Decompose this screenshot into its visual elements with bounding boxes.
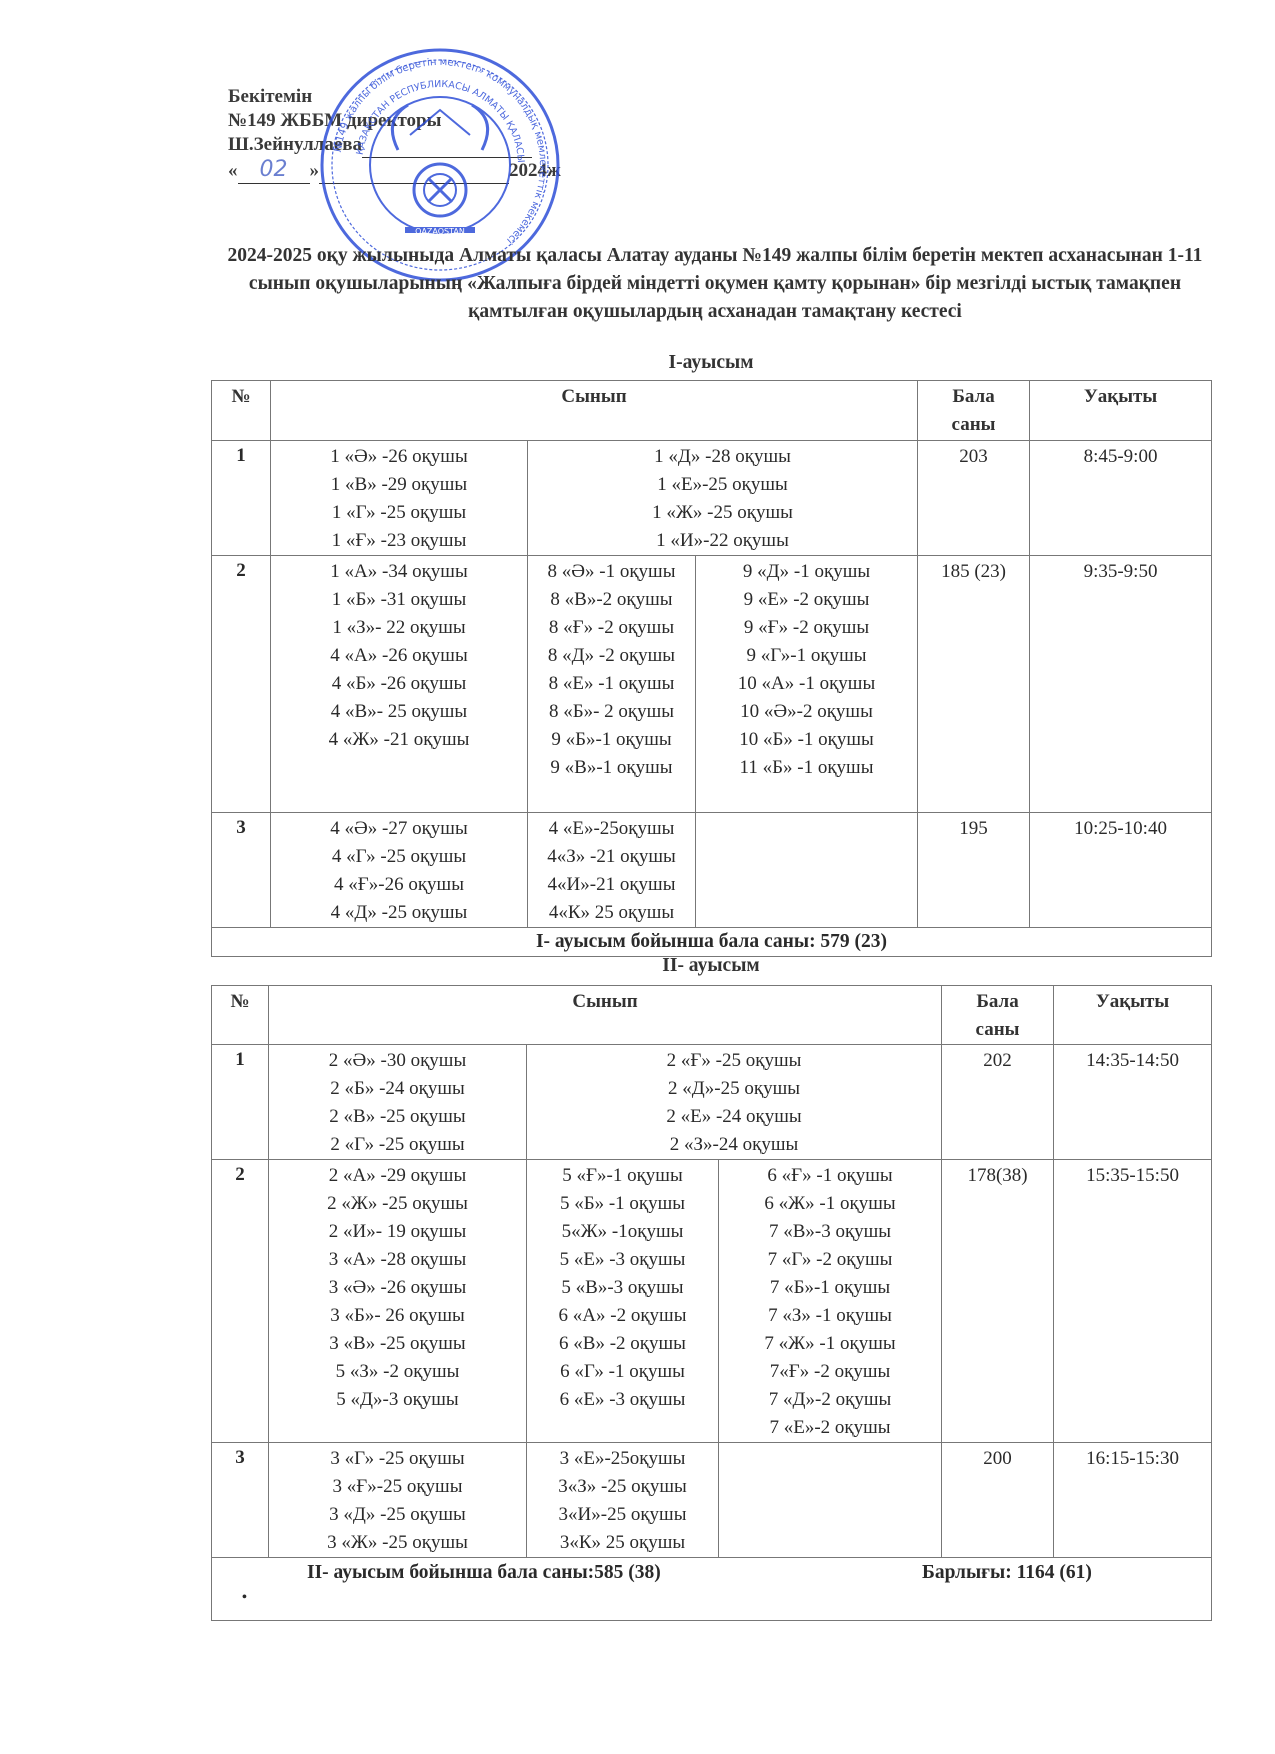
class-column-a: 2 «Ә» -30 оқушы2 «Б» -24 оқушы2 «В» -25 …	[269, 1045, 527, 1160]
table-header-row: № Сынып Баласаны Уақыты	[212, 986, 1212, 1045]
approval-director-position: №149 ЖББМ директоры	[228, 109, 561, 133]
row-number: 2	[212, 556, 271, 813]
class-entry: 5 «Д»-3 оқушы	[269, 1386, 526, 1414]
date-close-quote: »	[310, 160, 320, 181]
class-entry: 8 «Ғ» -2 оқушы	[528, 614, 695, 642]
class-column-c	[719, 1443, 942, 1558]
class-entry: 8 «Ә» -1 оқушы	[528, 558, 695, 586]
row-number: 1	[212, 1045, 269, 1160]
stamp-emblem-label: QAZAQSTAN	[415, 227, 465, 236]
class-entry: 1 «Ғ» -23 оқушы	[271, 527, 527, 555]
student-count: 185 (23)	[918, 556, 1030, 813]
table-row: 22 «А» -29 оқушы2 «Ж» -25 оқушы2 «И»- 19…	[212, 1160, 1212, 1443]
header-class: Сынып	[269, 986, 942, 1045]
class-entry: 3 «Б»- 26 оқушы	[269, 1302, 526, 1330]
class-entry: 4 «Ә» -27 оқушы	[271, 815, 527, 843]
document-title: 2024-2025 оқу жылыныда Алматы қаласы Ала…	[220, 242, 1210, 326]
approval-date-line: «02» 2024ж	[228, 158, 561, 184]
header-num: №	[212, 986, 269, 1045]
class-entry: 1 «Г» -25 оқушы	[271, 499, 527, 527]
class-entry: 7 «В»-3 оқушы	[719, 1218, 941, 1246]
approval-block: Бекітемін №149 ЖББМ директоры Ш.Зейнулла…	[228, 85, 561, 184]
class-entry: 2 «З»-24 оқушы	[527, 1131, 941, 1159]
class-entry: 5 «З» -2 оқушы	[269, 1358, 526, 1386]
class-column-b: 3 «Е»-25оқушы3«З» -25 оқушы3«И»-25 оқушы…	[527, 1443, 719, 1558]
meal-time: 8:45-9:00	[1030, 441, 1212, 556]
class-entry: 1 «А» -34 оқушы	[271, 558, 527, 586]
class-entry: 2 «Б» -24 оқушы	[269, 1075, 526, 1103]
class-entry: 2 «Ә» -30 оқушы	[269, 1047, 526, 1075]
shift2-summary: II- ауысым бойынша бала саны:585 (38)	[307, 1562, 661, 1584]
class-column-bc: 1 «Д» -28 оқушы1 «Е»-25 оқушы1 «Ж» -25 о…	[528, 441, 918, 556]
class-entry: 10 «Б» -1 оқушы	[696, 726, 917, 754]
class-entry: 5«Ж» -1оқушы	[527, 1218, 718, 1246]
class-entry: 5 «Ғ»-1 оқушы	[527, 1162, 718, 1190]
class-column-a: 4 «Ә» -27 оқушы4 «Г» -25 оқушы4 «Ғ»-26 о…	[271, 813, 528, 928]
header-count-line2: саны	[942, 1016, 1053, 1044]
class-entry: 11 «Б» -1 оқушы	[696, 754, 917, 782]
class-entry: 4 «Д» -25 оқушы	[271, 899, 527, 927]
class-entry: 4 «Б» -26 оқушы	[271, 670, 527, 698]
class-entry: 2 «Ғ» -25 оқушы	[527, 1047, 941, 1075]
meal-time: 14:35-14:50	[1054, 1045, 1212, 1160]
date-day-field: 02	[238, 158, 310, 184]
class-entry: 6 «Ғ» -1 оқушы	[719, 1162, 941, 1190]
class-entry: 4«И»-21 оқушы	[528, 871, 695, 899]
class-entry: 9 «Е» -2 оқушы	[696, 586, 917, 614]
header-time: Уақыты	[1030, 381, 1212, 441]
class-column-c	[696, 813, 918, 928]
header-count: Баласаны	[942, 986, 1054, 1045]
class-entry: 8 «Б»- 2 оқушы	[528, 698, 695, 726]
class-column-b: 8 «Ә» -1 оқушы8 «В»-2 оқушы8 «Ғ» -2 оқуш…	[528, 556, 696, 813]
class-entry: 10 «А» -1 оқушы	[696, 670, 917, 698]
meal-time: 16:15-15:30	[1054, 1443, 1212, 1558]
class-column-bc: 2 «Ғ» -25 оқушы2 «Д»-25 оқушы2 «Е» -24 о…	[527, 1045, 942, 1160]
approval-title: Бекітемін	[228, 85, 561, 109]
class-entry: 2 «И»- 19 оқушы	[269, 1218, 526, 1246]
meal-time: 9:35-9:50	[1030, 556, 1212, 813]
class-entry: 6 «В» -2 оқушы	[527, 1330, 718, 1358]
class-entry: 4 «Ж» -21 оқушы	[271, 726, 527, 754]
student-count: 195	[918, 813, 1030, 928]
class-entry: 5 «Е» -3 оқушы	[527, 1246, 718, 1274]
class-entry: 1 «З»- 22 оқушы	[271, 614, 527, 642]
class-entry: 7 «Д»-2 оқушы	[719, 1386, 941, 1414]
class-entry: 6 «Г» -1 оқушы	[527, 1358, 718, 1386]
class-entry: 3 «А» -28 оқушы	[269, 1246, 526, 1274]
class-column-b: 5 «Ғ»-1 оқушы5 «Б» -1 оқушы5«Ж» -1оқушы5…	[527, 1160, 719, 1443]
class-entry: 1 «Ж» -25 оқушы	[528, 499, 917, 527]
class-entry: 1 «Д» -28 оқушы	[528, 443, 917, 471]
header-num: №	[212, 381, 271, 441]
class-entry: 2 «Д»-25 оқушы	[527, 1075, 941, 1103]
class-entry: 4 «В»- 25 оқушы	[271, 698, 527, 726]
class-entry: 1 «В» -29 оқушы	[271, 471, 527, 499]
grand-total: Барлығы: 1164 (61)	[922, 1562, 1092, 1584]
student-count: 178(38)	[942, 1160, 1054, 1443]
shift1-summary: I- ауысым бойынша бала саны: 579 (23)	[212, 928, 1212, 957]
class-entry: 6 «Е» -3 оқушы	[527, 1386, 718, 1414]
class-entry: 9 «Г»-1 оқушы	[696, 642, 917, 670]
class-entry: 10 «Ә»-2 оқушы	[696, 698, 917, 726]
table-row: 34 «Ә» -27 оқушы4 «Г» -25 оқушы4 «Ғ»-26 …	[212, 813, 1212, 928]
class-entry: 4 «Г» -25 оқушы	[271, 843, 527, 871]
row-number: 1	[212, 441, 271, 556]
class-column-c: 6 «Ғ» -1 оқушы6 «Ж» -1 оқушы7 «В»-3 оқуш…	[719, 1160, 942, 1443]
class-column-a: 1 «Ә» -26 оқушы1 «В» -29 оқушы1 «Г» -25 …	[271, 441, 528, 556]
class-column-a: 1 «А» -34 оқушы1 «Б» -31 оқушы1 «З»- 22 …	[271, 556, 528, 813]
class-entry: 3«З» -25 оқушы	[527, 1473, 718, 1501]
table-header-row: № Сынып Баласаны Уақыты	[212, 381, 1212, 441]
student-count: 202	[942, 1045, 1054, 1160]
class-entry: 4 «А» -26 оқушы	[271, 642, 527, 670]
class-entry: 3«И»-25 оқушы	[527, 1501, 718, 1529]
class-entry: 7 «Б»-1 оқушы	[719, 1274, 941, 1302]
approval-director-name: Ш.Зейнуллаева	[228, 134, 362, 155]
class-entry: 1 «Б» -31 оқушы	[271, 586, 527, 614]
class-entry: 4«З» -21 оқушы	[528, 843, 695, 871]
class-entry: 8 «В»-2 оқушы	[528, 586, 695, 614]
table-row: 12 «Ә» -30 оқушы2 «Б» -24 оқушы2 «В» -25…	[212, 1045, 1212, 1160]
date-open-quote: «	[228, 160, 238, 181]
approval-director-name-line: Ш.Зейнуллаева	[228, 133, 561, 158]
table-row: 21 «А» -34 оқушы1 «Б» -31 оқушы1 «З»- 22…	[212, 556, 1212, 813]
class-entry: 7«Ғ» -2 оқушы	[719, 1358, 941, 1386]
class-entry: 2 «Е» -24 оқушы	[527, 1103, 941, 1131]
header-time: Уақыты	[1054, 986, 1212, 1045]
signature-line	[362, 133, 532, 158]
student-count: 200	[942, 1443, 1054, 1558]
class-entry: 2 «В» -25 оқушы	[269, 1103, 526, 1131]
class-entry: 6 «Ж» -1 оқушы	[719, 1190, 941, 1218]
row-number: 3	[212, 813, 271, 928]
shift2-summary-cell: II- ауысым бойынша бала саны:585 (38) Ба…	[212, 1558, 1212, 1621]
header-count: Баласаны	[918, 381, 1030, 441]
student-count: 203	[918, 441, 1030, 556]
class-column-b: 4 «Е»-25оқушы4«З» -21 оқушы4«И»-21 оқушы…	[528, 813, 696, 928]
header-count-line2: саны	[918, 411, 1029, 439]
class-entry: 3 «Ә» -26 оқушы	[269, 1274, 526, 1302]
class-entry: 3 «Д» -25 оқушы	[269, 1501, 526, 1529]
class-entry: 3«К» 25 оқушы	[527, 1529, 718, 1557]
class-entry: 9 «В»-1 оқушы	[528, 754, 695, 782]
class-entry: 2 «Г» -25 оқушы	[269, 1131, 526, 1159]
header-count-line1: Бала	[918, 383, 1029, 411]
class-entry: 9 «Б»-1 оқушы	[528, 726, 695, 754]
class-entry: 7 «З» -1 оқушы	[719, 1302, 941, 1330]
class-entry: 4«К» 25 оқушы	[528, 899, 695, 927]
table-row: 33 «Г» -25 оқушы3 «Ғ»-25 оқушы3 «Д» -25 …	[212, 1443, 1212, 1558]
class-entry: 7 «Г» -2 оқушы	[719, 1246, 941, 1274]
shift2-heading: II- ауысым	[211, 955, 1211, 977]
class-entry: 6 «А» -2 оқушы	[527, 1302, 718, 1330]
class-entry: 1 «И»-22 оқушы	[528, 527, 917, 555]
class-entry: 4 «Е»-25оқушы	[528, 815, 695, 843]
class-entry: 3 «В» -25 оқушы	[269, 1330, 526, 1358]
class-entry: 3 «Е»-25оқушы	[527, 1445, 718, 1473]
meal-time: 15:35-15:50	[1054, 1160, 1212, 1443]
date-day: 02	[260, 157, 288, 182]
meal-time: 10:25-10:40	[1030, 813, 1212, 928]
class-entry: 9 «Д» -1 оқушы	[696, 558, 917, 586]
class-entry: 3 «Ж» -25 оқушы	[269, 1529, 526, 1557]
class-entry: 3 «Г» -25 оқушы	[269, 1445, 526, 1473]
date-month-line	[319, 159, 509, 184]
class-entry: 5 «Б» -1 оқушы	[527, 1190, 718, 1218]
class-entry: 4 «Ғ»-26 оқушы	[271, 871, 527, 899]
class-entry: 5 «В»-3 оқушы	[527, 1274, 718, 1302]
class-column-a: 2 «А» -29 оқушы2 «Ж» -25 оқушы2 «И»- 19 …	[269, 1160, 527, 1443]
class-entry: 9 «Ғ» -2 оқушы	[696, 614, 917, 642]
header-count-line1: Бала	[942, 988, 1053, 1016]
class-column-c: 9 «Д» -1 оқушы9 «Е» -2 оқушы9 «Ғ» -2 оқу…	[696, 556, 918, 813]
class-entry: 8 «Д» -2 оқушы	[528, 642, 695, 670]
row-number: 2	[212, 1160, 269, 1443]
class-column-a: 3 «Г» -25 оқушы3 «Ғ»-25 оқушы3 «Д» -25 о…	[269, 1443, 527, 1558]
shift1-heading: I-ауысым	[211, 352, 1211, 374]
class-entry: 7 «Ж» -1 оқушы	[719, 1330, 941, 1358]
table-row: 11 «Ә» -26 оқушы1 «В» -29 оқушы1 «Г» -25…	[212, 441, 1212, 556]
class-entry: 7 «Е»-2 оқушы	[719, 1414, 941, 1442]
class-entry: 2 «Ж» -25 оқушы	[269, 1190, 526, 1218]
date-year: 2024ж	[509, 160, 561, 181]
class-entry: 8 «Е» -1 оқушы	[528, 670, 695, 698]
shift2-table: № Сынып Баласаны Уақыты 12 «Ә» -30 оқушы…	[211, 985, 1212, 1621]
class-entry: 1 «Е»-25 оқушы	[528, 471, 917, 499]
class-entry: 3 «Ғ»-25 оқушы	[269, 1473, 526, 1501]
class-entry: 1 «Ә» -26 оқушы	[271, 443, 527, 471]
header-class: Сынып	[271, 381, 918, 441]
row-number: 3	[212, 1443, 269, 1558]
class-entry: 2 «А» -29 оқушы	[269, 1162, 526, 1190]
bullet-mark: •	[242, 1590, 247, 1606]
shift1-table: № Сынып Баласаны Уақыты 11 «Ә» -26 оқушы…	[211, 380, 1212, 957]
